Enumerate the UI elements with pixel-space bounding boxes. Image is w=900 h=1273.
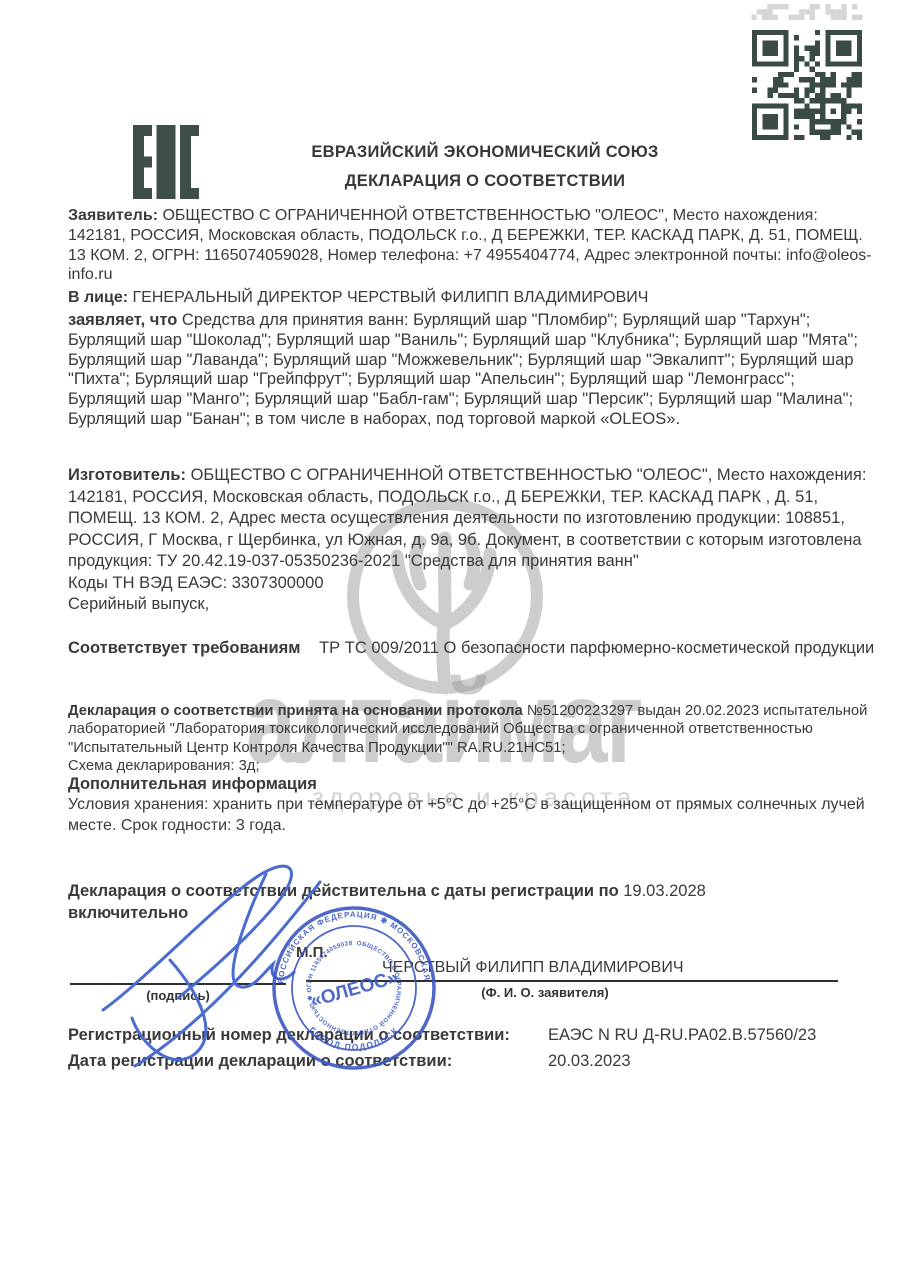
- validity-date: 19.03.2028: [623, 882, 706, 900]
- applicant-label: Заявитель:: [68, 207, 158, 224]
- complies-text: ТР ТС 009/2011 О безопасности парфюмерно…: [319, 639, 874, 657]
- applicant-section: Заявитель: ОБЩЕСТВО С ОГРАНИЧЕННОЙ ОТВЕТ…: [68, 206, 876, 285]
- manufacturer-text: ОБЩЕСТВО С ОГРАНИЧЕННОЙ ОТВЕТСТВЕННОСТЬЮ…: [68, 466, 866, 570]
- validity-section: Декларация о соответствии действительна …: [68, 881, 876, 924]
- qr-code-fragment-icon: [751, 3, 863, 21]
- additional-info-text: Условия хранения: хранить при температур…: [68, 794, 876, 836]
- signature-caption: (подпись): [70, 988, 286, 1003]
- validity-inclusive: включительно: [68, 903, 876, 925]
- additional-info-label: Дополнительная информация: [68, 775, 876, 794]
- signature-line: [70, 983, 286, 985]
- declaration-scheme: Схема декларирования: 3д;: [68, 757, 876, 775]
- manufacturer-label: Изготовитель:: [68, 466, 186, 484]
- name-line: [306, 980, 838, 982]
- document-title: ДЕКЛАРАЦИЯ О СООТВЕТСТВИИ: [90, 172, 880, 191]
- basis-label: Декларация о соответствии принята на осн…: [68, 703, 523, 719]
- declares-text: Средства для принятия ванн: Бурлящий шар…: [68, 311, 858, 428]
- in-person-section: В лице: ГЕНЕРАЛЬНЫЙ ДИРЕКТОР ЧЕРСТВЫЙ ФИ…: [68, 288, 876, 308]
- declaration-of-conformity-document: ЕВРАЗИЙСКИЙ ЭКОНОМИЧЕСКИЙ СОЮЗ ДЕКЛАРАЦИ…: [0, 0, 900, 1273]
- registration-date-value: 20.03.2023: [548, 1052, 631, 1071]
- in-person-label: В лице:: [68, 289, 128, 306]
- declares-label: заявляет, что: [68, 311, 177, 329]
- applicant-full-name: ЧЕРСТВЫЙ ФИЛИПП ВЛАДИМИРОВИЧ: [382, 959, 683, 977]
- complies-section: Соответствует требованиям ТР ТС 009/2011…: [68, 639, 876, 659]
- name-caption: (Ф. И. О. заявителя): [380, 985, 710, 1000]
- registration-number-label: Регистрационный номер декларации о соотв…: [68, 1026, 510, 1045]
- basis-section: Декларация о соответствии принята на осн…: [68, 702, 876, 776]
- registration-number-value: ЕАЭС N RU Д-RU.РА02.В.57560/23: [548, 1026, 816, 1045]
- declares-section: заявляет, что Средства для принятия ванн…: [68, 311, 876, 430]
- tnved-codes: Коды ТН ВЭД ЕАЭС: 3307300000: [68, 573, 876, 595]
- applicant-text: ОБЩЕСТВО С ОГРАНИЧЕННОЙ ОТВЕТСТВЕННОСТЬЮ…: [68, 207, 872, 283]
- manufacturer-section: Изготовитель: ОБЩЕСТВО С ОГРАНИЧЕННОЙ ОТ…: [68, 465, 876, 616]
- registration-date-label: Дата регистрации декларации о соответств…: [68, 1052, 452, 1071]
- stamp-place-label: М.П.: [296, 944, 328, 961]
- qr-code-icon: [751, 30, 863, 140]
- validity-label: Декларация о соответствии действительна …: [68, 882, 619, 900]
- union-header: ЕВРАЗИЙСКИЙ ЭКОНОМИЧЕСКИЙ СОЮЗ: [90, 143, 880, 162]
- serial-production: Серийный выпуск,: [68, 594, 876, 616]
- in-person-text: ГЕНЕРАЛЬНЫЙ ДИРЕКТОР ЧЕРСТВЫЙ ФИЛИПП ВЛА…: [133, 289, 649, 306]
- complies-label: Соответствует требованиям: [68, 639, 301, 657]
